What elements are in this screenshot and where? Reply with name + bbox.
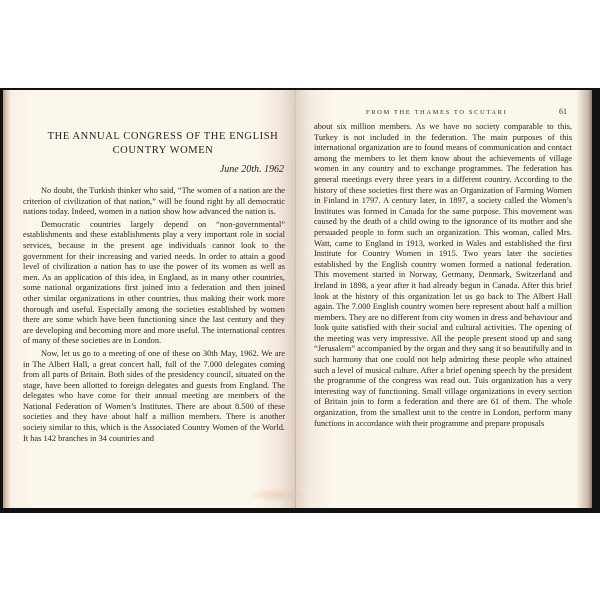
chapter-date: June 20th. 1962	[220, 164, 284, 175]
open-book: THE ANNUAL CONGRESS OF THE ENGLISH COUNT…	[0, 88, 600, 513]
left-page-body: No doubt, the Turkish thinker who said, …	[23, 186, 285, 444]
paragraph: about six million members. As we have no…	[314, 122, 572, 429]
page-stain	[246, 488, 306, 502]
page-number: 61	[559, 107, 567, 116]
chapter-title: THE ANNUAL CONGRESS OF THE ENGLISH COUNT…	[31, 130, 295, 158]
paragraph: Now, let us go to a meeting of one of th…	[23, 349, 285, 444]
right-page: FROM THE THAMES TO SCUTARI 61 about six …	[296, 90, 592, 508]
chapter-title-line-1: THE ANNUAL CONGRESS OF THE ENGLISH	[31, 130, 295, 144]
paragraph: Democratic countries largely depend on “…	[23, 220, 285, 347]
right-page-body: about six million members. As we have no…	[314, 122, 572, 429]
chapter-title-line-2: COUNTRY WOMEN	[31, 144, 295, 158]
left-page: THE ANNUAL CONGRESS OF THE ENGLISH COUNT…	[3, 90, 296, 508]
paragraph: No doubt, the Turkish thinker who said, …	[23, 186, 285, 218]
running-head: FROM THE THAMES TO SCUTARI	[366, 109, 507, 116]
